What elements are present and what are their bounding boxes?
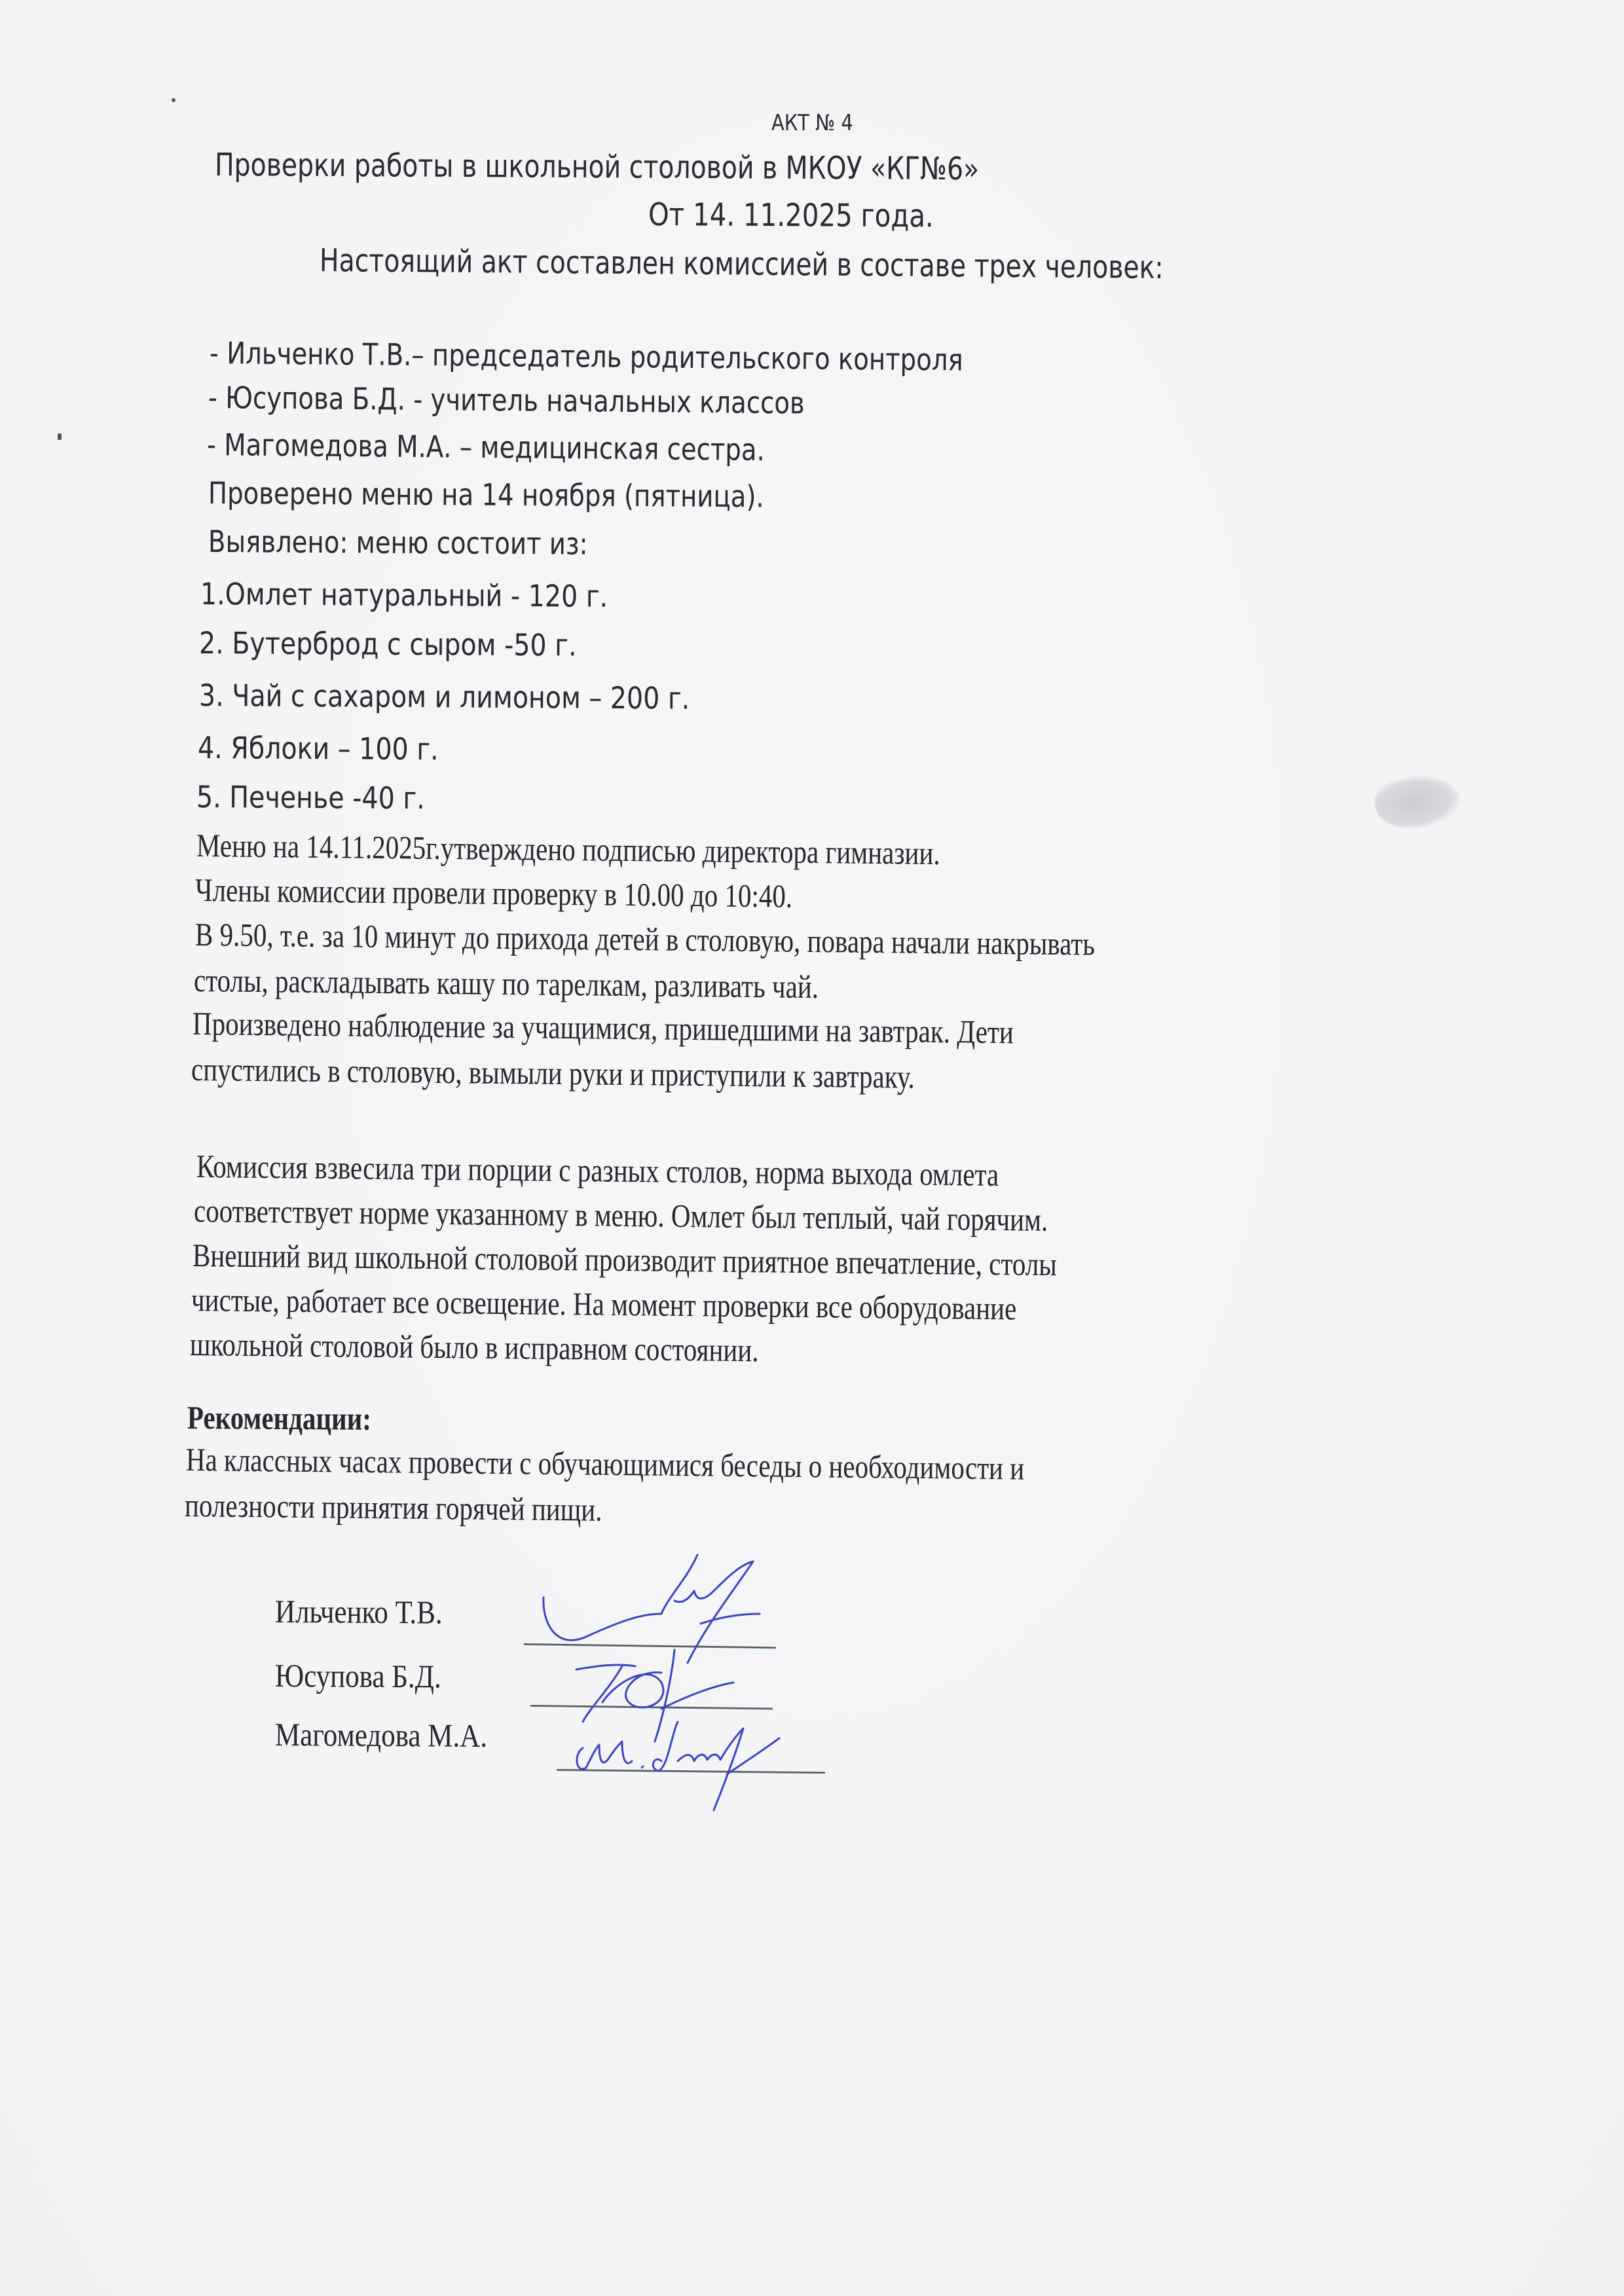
menu-item: 2. Бутерброд с сыром -50 г.: [199, 625, 577, 663]
body-line: Внешний вид школьной столовой производит…: [193, 1236, 1057, 1283]
commission-member: - Юсупова Б.Д. - учитель начальных класс…: [208, 380, 805, 421]
scan-speck: [58, 433, 62, 440]
menu-found-line: Выявлено: меню состоит из:: [208, 524, 588, 562]
body-line: чистые, работает все освещение. На момен…: [191, 1281, 1017, 1327]
menu-item: 5. Печенье -40 г.: [196, 779, 425, 816]
recommendation-line: На классных часах провести с обучающимис…: [186, 1440, 1025, 1487]
body-line: Меню на 14.11.2025г.утверждено подписью …: [196, 826, 940, 872]
commission-member: - Ильченко Т.В.– председатель родительск…: [210, 335, 963, 378]
body-line: Члены комиссии провели проверку в 10.00 …: [195, 871, 793, 915]
menu-item: 1.Омлет натуральный - 120 г.: [200, 576, 608, 614]
signatory-name: Юсупова Б.Д.: [275, 1656, 441, 1696]
handwritten-signature: [570, 1709, 805, 1817]
commission-intro: Настоящий акт составлен комиссией в сост…: [320, 242, 1164, 286]
scan-speck: [172, 98, 175, 102]
signatory-name: Ильченко Т.В.: [275, 1592, 443, 1631]
act-number: АКТ № 4: [771, 110, 853, 136]
body-line: Комиссия взвесила три порции с разных ст…: [196, 1147, 999, 1194]
body-line: столы, раскладывать кашу по тарелкам, ра…: [194, 961, 819, 1006]
body-line: школьной столовой было в исправном состо…: [190, 1325, 759, 1369]
commission-member: - Магомедова М.А. – медицинская сестра.: [207, 427, 765, 467]
scanned-page: АКТ № 4 Проверки работы в школьной столо…: [0, 0, 1624, 2296]
signatory-name: Магомедова М.А.: [275, 1715, 487, 1755]
menu-item: 4. Яблоки – 100 г.: [198, 730, 439, 767]
body-line: В 9.50, т.е. за 10 минут до прихода дете…: [195, 915, 1095, 963]
body-line: Произведено наблюдение за учащимися, при…: [193, 1004, 1014, 1051]
menu-checked-line: Проверено меню на 14 ноября (пятница).: [208, 475, 764, 514]
menu-item: 3. Чай с сахаром и лимоном – 200 г.: [199, 678, 690, 716]
smudge-mark: [1372, 770, 1464, 833]
document-date: От 14. 11.2025 года.: [648, 196, 934, 234]
document-title: Проверки работы в школьной столовой в МК…: [215, 147, 979, 187]
body-line: соответствует норме указанному в меню. О…: [194, 1192, 1048, 1239]
recommendation-line: полезности принятия горячей пищи.: [185, 1486, 602, 1529]
recommendations-heading: Рекомендации:: [187, 1398, 371, 1438]
body-line: спустились в столовую, вымыли руки и при…: [191, 1050, 915, 1096]
